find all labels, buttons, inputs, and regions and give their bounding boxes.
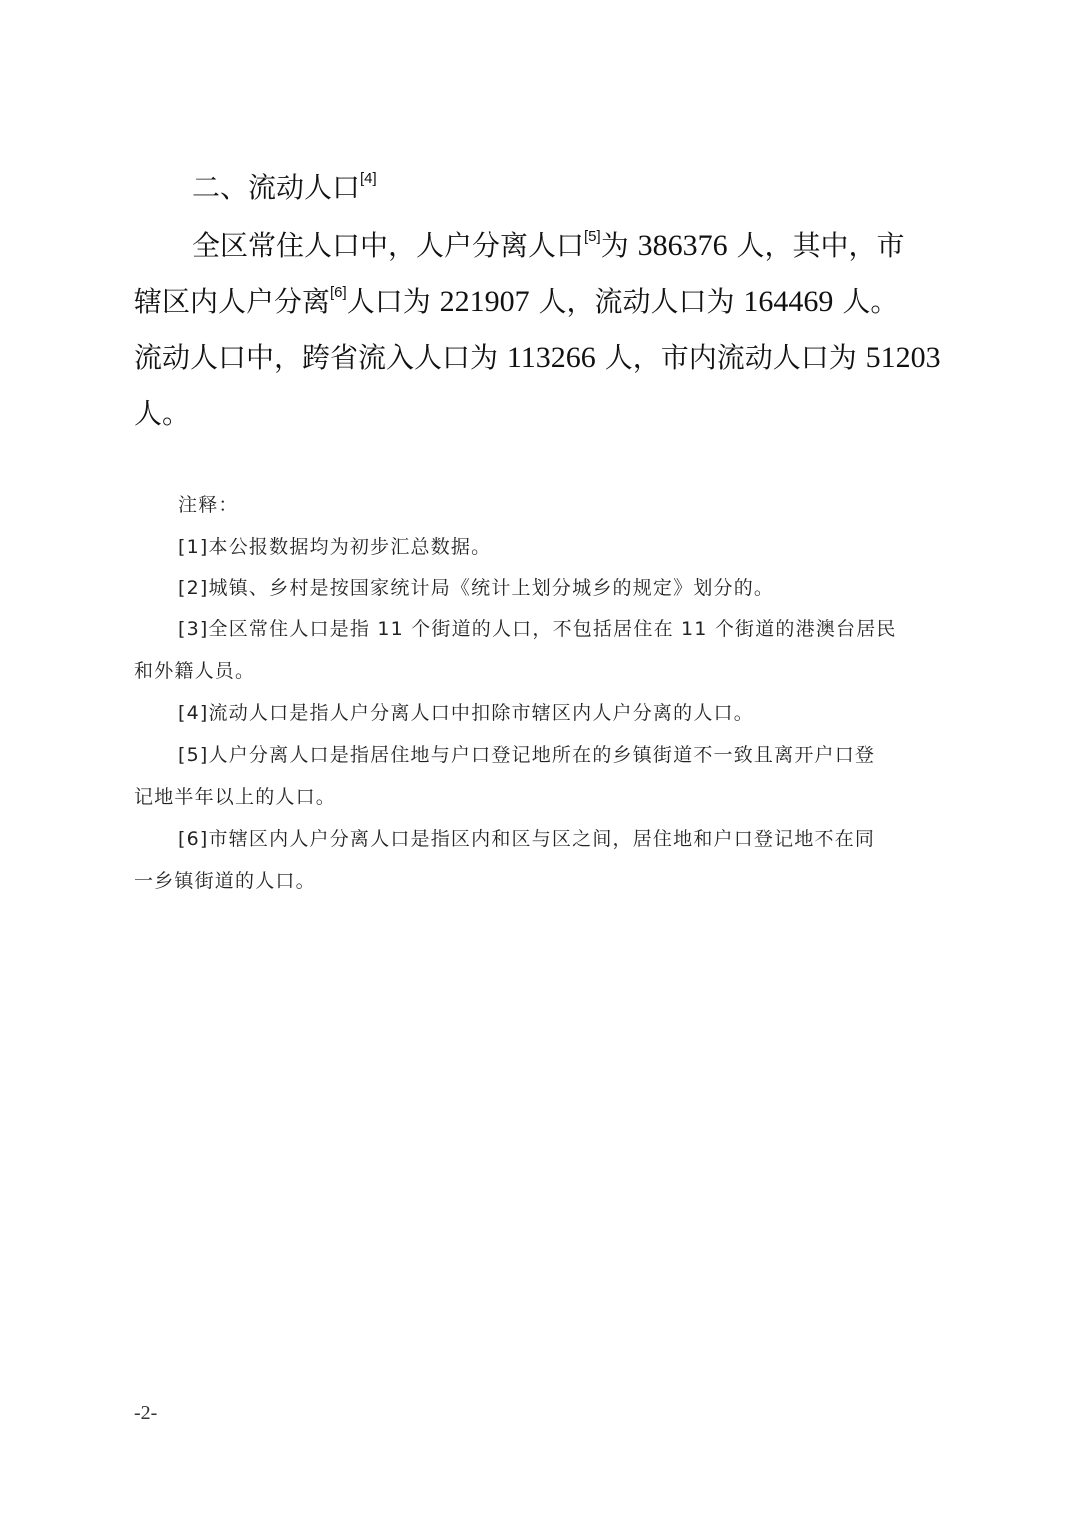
footnote-ref-4: [4] [360, 170, 377, 187]
paragraph-line-3: 流动人口中，跨省流入人口为 113266 人，市内流动人口为 51203 [134, 336, 941, 376]
section-heading: 二、流动人口[4] [192, 166, 377, 206]
notes-title: 注释： [178, 490, 239, 517]
text: 人，市内流动人口为 [596, 341, 866, 374]
note-5-line-2: 记地半年以上的人口。 [134, 782, 336, 809]
heading-text: 二、流动人口 [192, 171, 360, 204]
text: 流动人口中，跨省流入人口为 [134, 341, 507, 374]
text: 全区常住人口中，人户分离人口 [192, 229, 584, 262]
note-3-line-1: [3]全区常住人口是指 11 个街道的人口，不包括居住在 11 个街道的港澳台居… [178, 614, 897, 641]
note-6-line-2: 一乡镇街道的人口。 [134, 866, 316, 893]
page-number: -2- [134, 1402, 157, 1425]
text: 人，其中，市 [728, 229, 905, 262]
note-4: [4]流动人口是指人户分离人口中扣除市辖区内人户分离的人口。 [178, 698, 754, 725]
paragraph-line-1: 全区常住人口中，人户分离人口[5]为 386376 人，其中，市 [192, 224, 905, 264]
intra-city-separated-count: 221907 [440, 285, 530, 318]
text: 人。 [134, 397, 190, 430]
footnote-ref-5: [5] [584, 228, 601, 245]
paragraph-line-2: 辖区内人户分离[6]人口为 221907 人，流动人口为 164469 人。 [134, 280, 898, 320]
text: 人，流动人口为 [530, 285, 744, 318]
note-6-line-1: [6]市辖区内人户分离人口是指区内和区与区之间，居住地和户口登记地不在同 [178, 824, 875, 851]
floating-population-count: 164469 [743, 285, 833, 318]
intra-city-floating-count: 51203 [866, 341, 941, 374]
paragraph-line-4: 人。 [134, 392, 190, 432]
text: 为 [601, 229, 638, 262]
note-3-line-2: 和外籍人员。 [134, 656, 255, 683]
text: 人口为 [347, 285, 440, 318]
inter-province-inflow-count: 113266 [507, 341, 596, 374]
note-5-line-1: [5]人户分离人口是指居住地与户口登记地所在的乡镇街道不一致且离开户口登 [178, 740, 875, 767]
text: 辖区内人户分离 [134, 285, 330, 318]
text: 人。 [833, 285, 898, 318]
household-separated-count: 386376 [638, 229, 728, 262]
footnote-ref-6: [6] [330, 284, 347, 301]
note-2: [2]城镇、乡村是按国家统计局《统计上划分城乡的规定》划分的。 [178, 573, 774, 600]
note-1: [1]本公报数据均为初步汇总数据。 [178, 532, 491, 559]
document-page: 二、流动人口[4] 全区常住人口中，人户分离人口[5]为 386376 人，其中… [0, 0, 1074, 1520]
